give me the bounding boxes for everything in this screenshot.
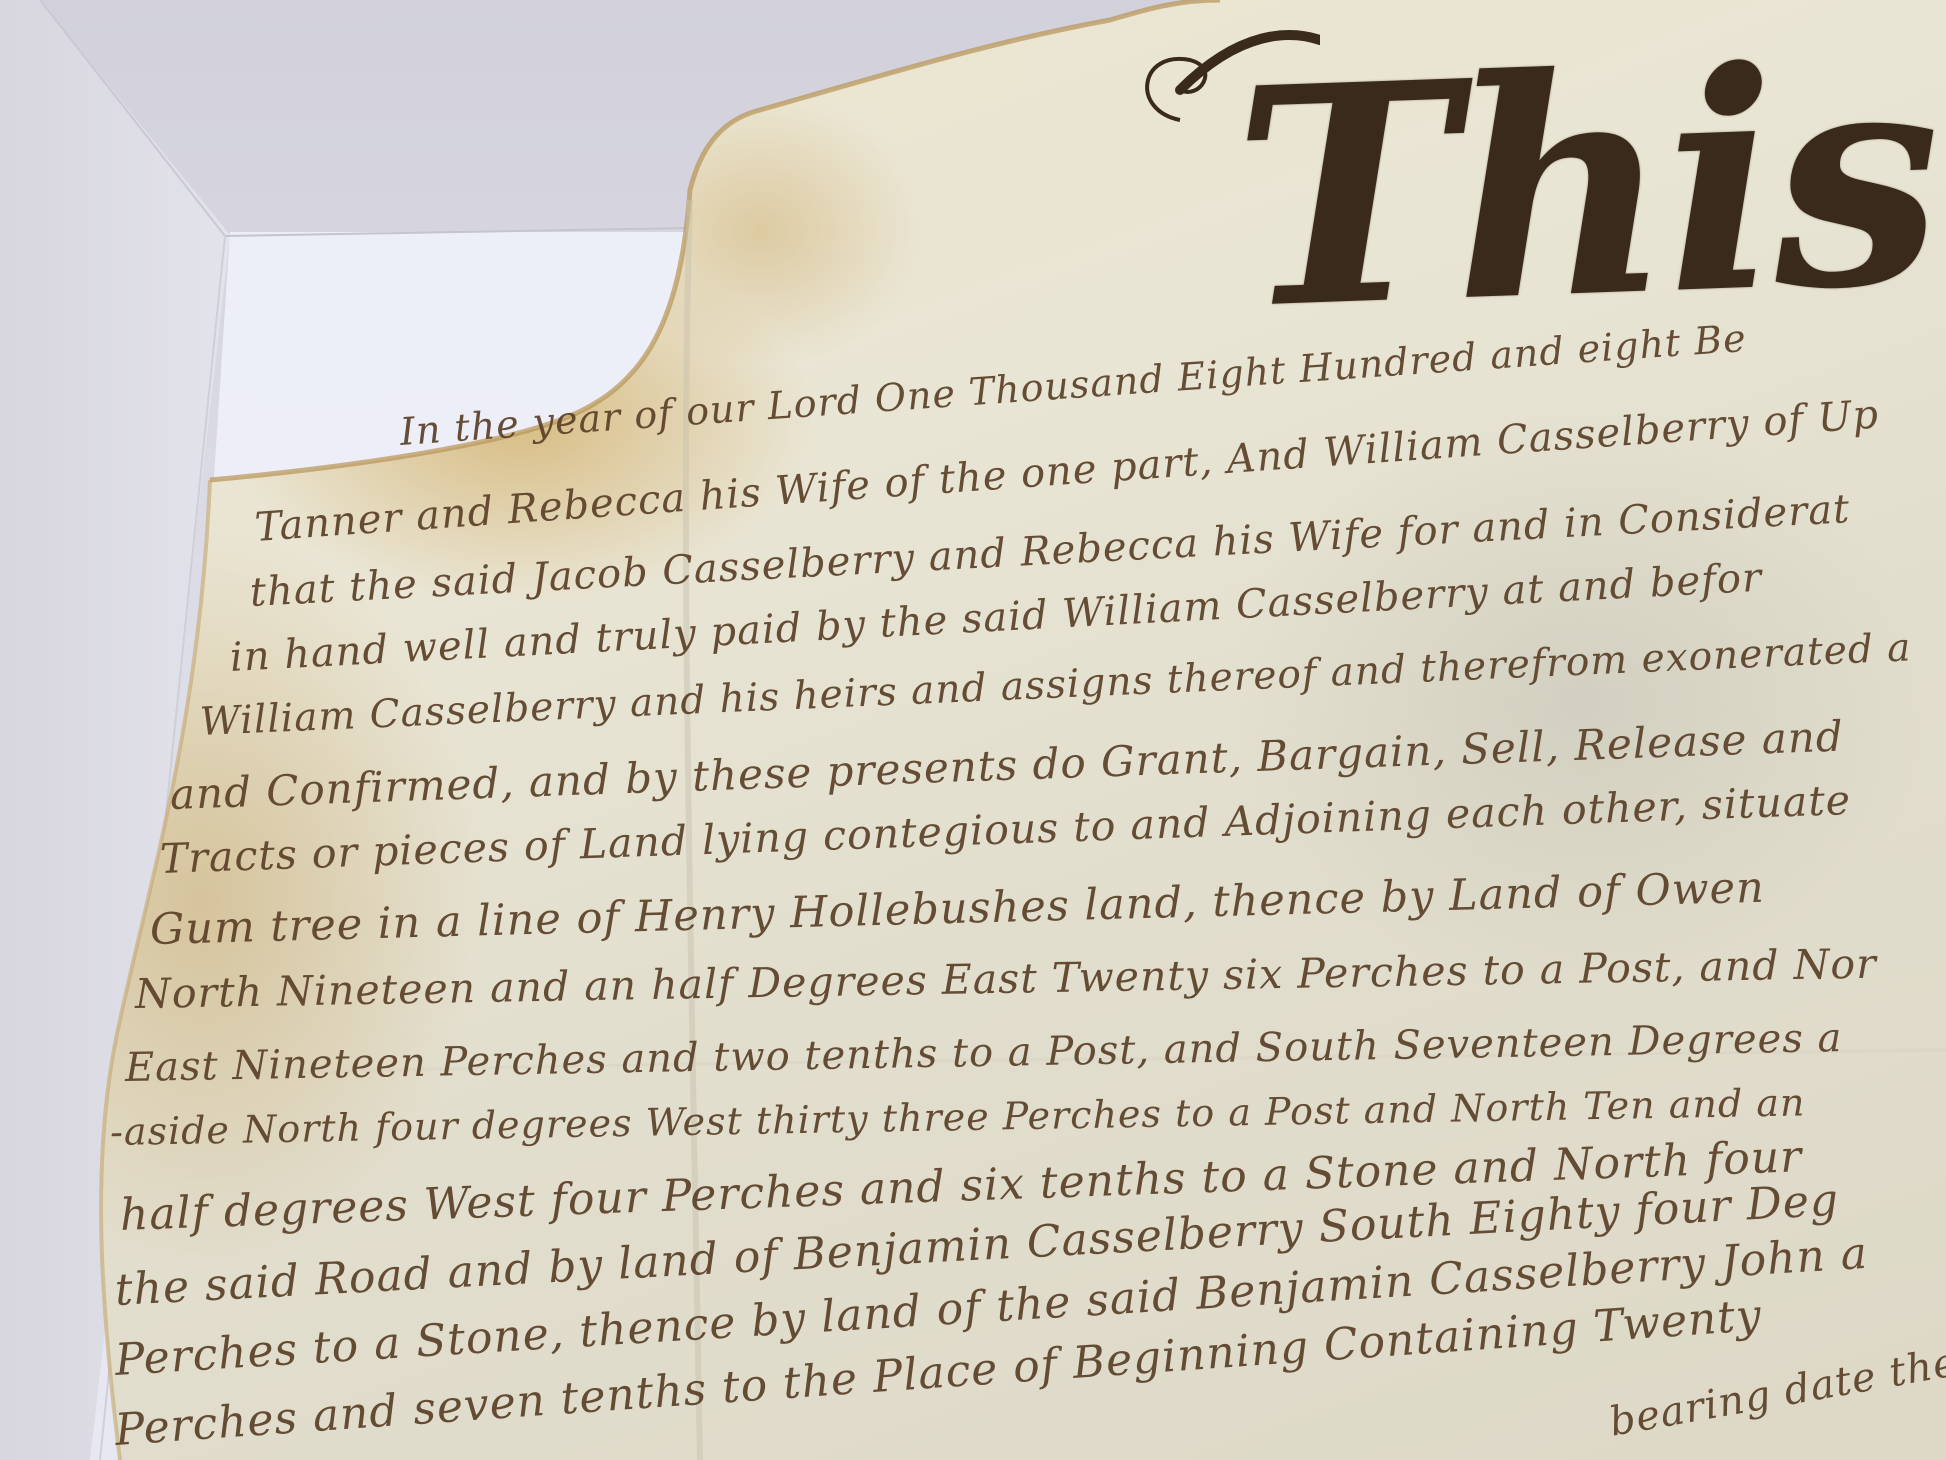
deed-line-16: bearing date the — [1606, 1339, 1946, 1446]
deed-line-10: East Nineteen Perches and two tenths to … — [125, 1015, 1843, 1091]
deed-line-8: Gum tree in a line of Henry Hollebushes … — [149, 863, 1765, 955]
deed-line-9: North Nineteen and an half Degrees East … — [135, 940, 1878, 1018]
deed-body-text: In the year of our Lord One Thousand Eig… — [0, 0, 1946, 1460]
